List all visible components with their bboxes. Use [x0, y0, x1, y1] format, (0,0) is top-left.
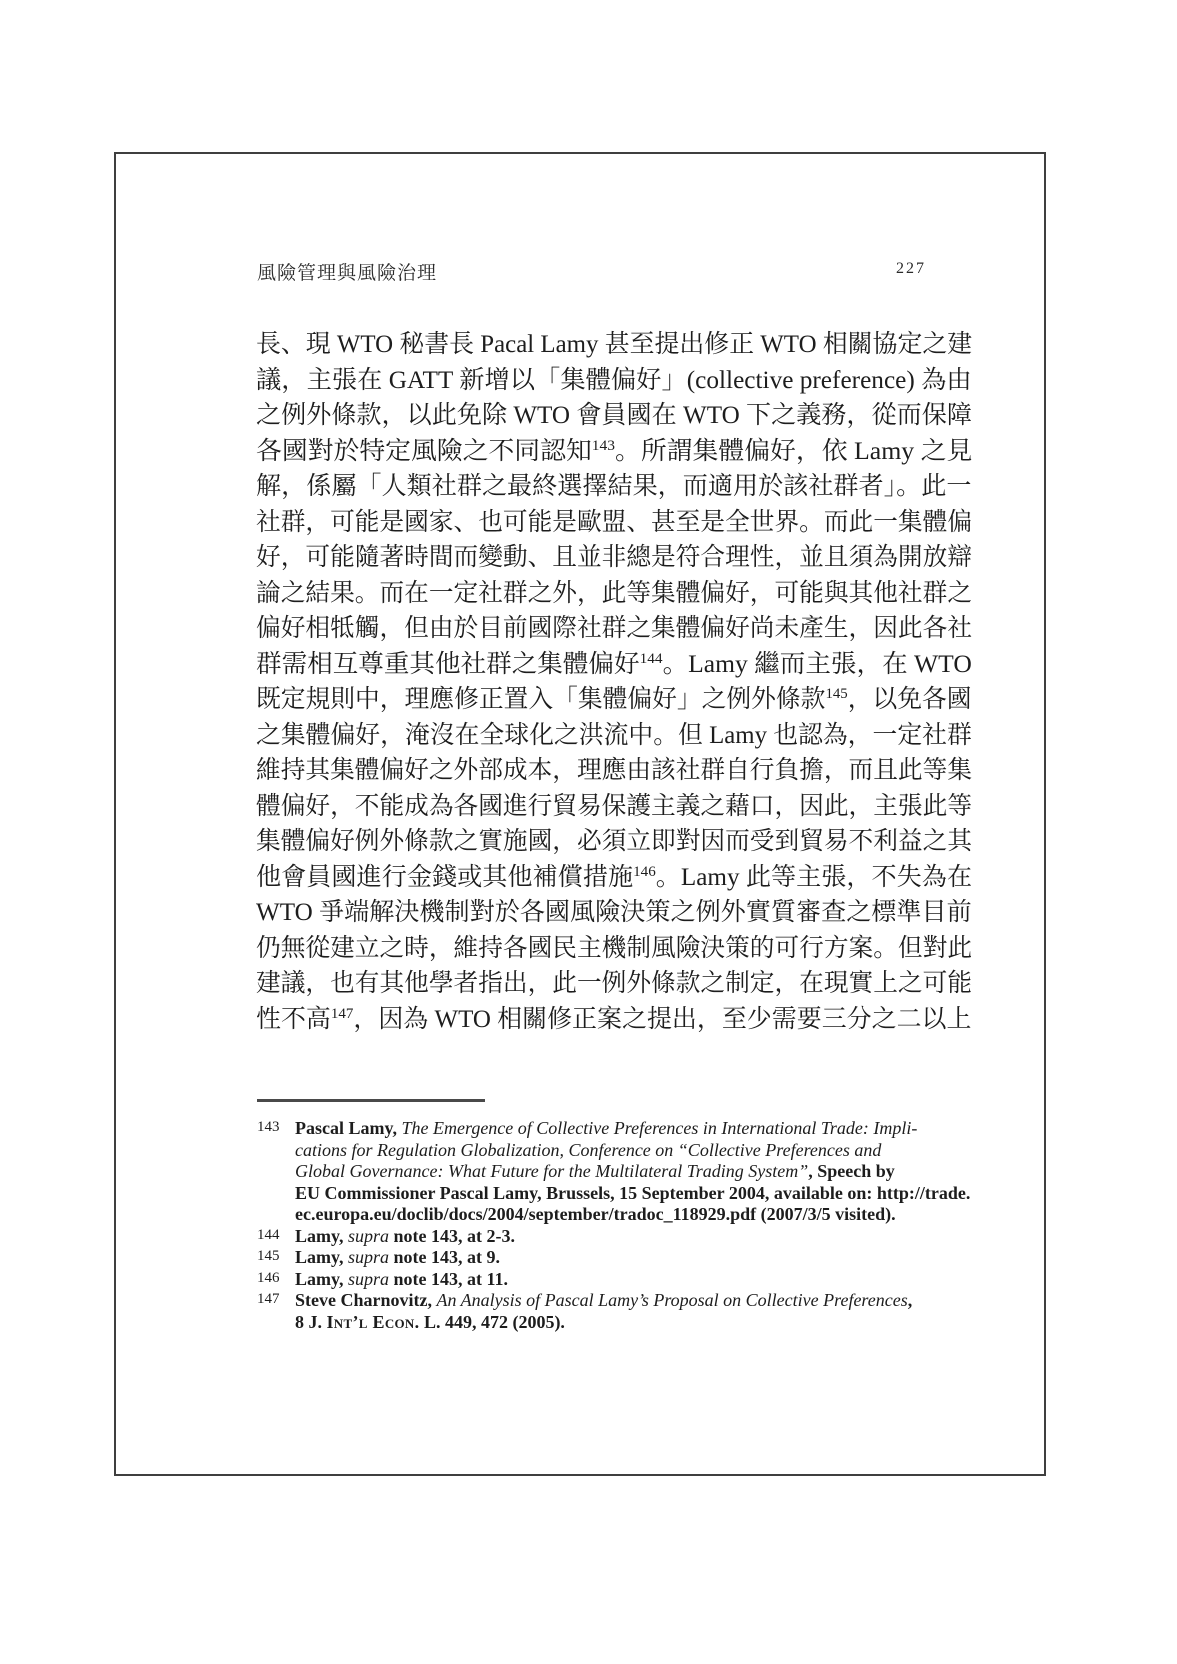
footnote-line: ec.europa.eu/doclib/docs/2004/september/… — [295, 1204, 970, 1226]
footnote-ref: 146 — [633, 864, 656, 880]
body-line: 他會員國進行金錢或其他補償措施146。Lamy 此等主張，不失為在 — [256, 860, 972, 896]
body-line: 維持其集體偏好之外部成本，理應由該社群自行負擔，而且此等集 — [256, 753, 972, 789]
footnote-line-text: Lamy, supra note 143, at 2-3. — [295, 1226, 515, 1248]
footnote-text: Lamy, supra note 143, at 2-3. — [295, 1226, 919, 1248]
footnote-ref: 147 — [331, 1006, 353, 1022]
body-line-text: 他會員國進行金錢或其他補償措施146。Lamy 此等主張，不失為在 — [256, 860, 972, 896]
body-line-text: WTO 爭端解決機制對於各國風險決策之例外實質審查之標準目前 — [256, 895, 972, 931]
body-line-text: 各國對於特定風險之不同認知143。所謂集體偏好，依 Lamy 之見 — [256, 434, 972, 470]
footnote: 144Lamy, supra note 143, at 2-3. — [257, 1226, 919, 1248]
footnote-line: Global Governance: What Future for the M… — [295, 1161, 970, 1183]
footnote-line-text: Pascal Lamy, The Emergence of Collective… — [295, 1118, 917, 1140]
body-line: 之集體偏好，淹沒在全球化之洪流中。但 Lamy 也認為，一定社群 — [256, 718, 972, 754]
body-line: 好，可能隨著時間而變動、且並非總是符合理性，並且須為開放辯 — [256, 540, 972, 576]
footnote-line-text: Steve Charnovitz, An Analysis of Pascal … — [295, 1290, 912, 1312]
footnote-segment: cations for Regulation Globalization, Co… — [295, 1140, 881, 1160]
body-line-text: 建議，也有其他學者指出，此一例外條款之制定，在現實上之可能 — [256, 966, 972, 1002]
footnote-segment: supra — [348, 1269, 389, 1289]
footnote-line-text: EU Commissioner Pascal Lamy, Brussels, 1… — [295, 1183, 970, 1205]
body-line-text: 既定規則中，理應修正置入「集體偏好」之例外條款145，以免各國 — [256, 682, 972, 718]
footnote-number: 144 — [257, 1225, 295, 1247]
footnote-line: Lamy, supra note 143, at 9. — [295, 1247, 919, 1269]
body-line: 論之結果。而在一定社群之外，此等集體偏好，可能與其他社群之 — [256, 576, 972, 612]
footnote-segment: , — [908, 1290, 913, 1310]
body-line-text: 集體偏好例外條款之實施國，必須立即對因而受到貿易不利益之其 — [256, 824, 972, 860]
body-line: 性不高147，因為 WTO 相關修正案之提出，至少需要三分之二以上 — [256, 1002, 972, 1038]
body-line: 偏好相牴觸，但由於目前國際社群之集體偏好尚未產生，因此各社 — [256, 611, 972, 647]
footnote-segment: EU Commissioner Pascal Lamy, Brussels, 1… — [295, 1183, 970, 1203]
footnote-segment: supra — [348, 1226, 389, 1246]
body-line: WTO 爭端解決機制對於各國風險決策之例外實質審查之標準目前 — [256, 895, 972, 931]
footnote-number: 145 — [257, 1246, 295, 1268]
body-line: 長、現 WTO 秘書長 Pacal Lamy 甚至提出修正 WTO 相關協定之建 — [256, 327, 972, 363]
footnote-line-text: ec.europa.eu/doclib/docs/2004/september/… — [295, 1204, 896, 1226]
footnote-number: 147 — [257, 1289, 295, 1311]
footnote: 143Pascal Lamy, The Emergence of Collect… — [257, 1118, 919, 1226]
body-line-text: 性不高147，因為 WTO 相關修正案之提出，至少需要三分之二以上 — [256, 1002, 972, 1038]
footnote-text: Lamy, supra note 143, at 11. — [295, 1269, 919, 1291]
footnote: 145Lamy, supra note 143, at 9. — [257, 1247, 919, 1269]
document-page: 風險管理與風險治理 227 長、現 WTO 秘書長 Pacal Lamy 甚至提… — [0, 0, 1177, 1664]
body-line-text: 體偏好，不能成為各國進行貿易保護主義之藉口，因此，主張此等 — [256, 789, 972, 825]
body-line-text: 群需相互尊重其他社群之集體偏好144。Lamy 繼而主張，在 WTO — [256, 647, 972, 683]
body-line-text: 好，可能隨著時間而變動、且並非總是符合理性，並且須為開放辯 — [256, 540, 972, 576]
footnote-segment: Int’l Econ. — [327, 1312, 420, 1332]
footnote-line: Steve Charnovitz, An Analysis of Pascal … — [295, 1290, 919, 1312]
body-line-text: 之例外條款，以此免除 WTO 會員國在 WTO 下之義務，從而保障 — [256, 398, 972, 434]
body-line-text: 長、現 WTO 秘書長 Pacal Lamy 甚至提出修正 WTO 相關協定之建 — [256, 327, 972, 363]
footnote-segment: L. 449, 472 (2005). — [419, 1312, 565, 1332]
body-line-text: 論之結果。而在一定社群之外，此等集體偏好，可能與其他社群之 — [256, 576, 972, 612]
footnote-line-text: Global Governance: What Future for the M… — [295, 1161, 895, 1183]
body-line-text: 之集體偏好，淹沒在全球化之洪流中。但 Lamy 也認為，一定社群 — [256, 718, 972, 754]
footnote-segment: , Speech by — [808, 1161, 895, 1181]
footnote-separator — [257, 1099, 485, 1102]
footnote-text: Lamy, supra note 143, at 9. — [295, 1247, 919, 1269]
footnote-ref: 144 — [640, 651, 663, 667]
footnote-segment: note 143, at 2-3. — [389, 1226, 515, 1246]
footnote: 146Lamy, supra note 143, at 11. — [257, 1269, 919, 1291]
body-line: 集體偏好例外條款之實施國，必須立即對因而受到貿易不利益之其 — [256, 824, 972, 860]
footnote-segment: Steve Charnovitz, — [295, 1290, 436, 1310]
footnote-line: Pascal Lamy, The Emergence of Collective… — [295, 1118, 970, 1140]
body-line-text: 解，係屬「人類社群之最終選擇結果，而適用於該社群者」。此一 — [256, 469, 972, 505]
footnote-line: Lamy, supra note 143, at 11. — [295, 1269, 919, 1291]
body-text: 長、現 WTO 秘書長 Pacal Lamy 甚至提出修正 WTO 相關協定之建… — [256, 327, 972, 1037]
footnote-segment: note 143, at 11. — [389, 1269, 508, 1289]
body-line-text: 仍無從建立之時，維持各國民主機制風險決策的可行方案。但對此 — [256, 931, 972, 967]
body-line-text: 議，主張在 GATT 新增以「集體偏好」(collective preferen… — [256, 363, 972, 399]
body-line-text: 偏好相牴觸，但由於目前國際社群之集體偏好尚未產生，因此各社 — [256, 611, 972, 647]
footnote-text: Steve Charnovitz, An Analysis of Pascal … — [295, 1290, 919, 1333]
body-line: 體偏好，不能成為各國進行貿易保護主義之藉口，因此，主張此等 — [256, 789, 972, 825]
body-line: 建議，也有其他學者指出，此一例外條款之制定，在現實上之可能 — [256, 966, 972, 1002]
footnote-line-text: Lamy, supra note 143, at 9. — [295, 1247, 500, 1269]
footnote-number: 143 — [257, 1117, 295, 1139]
body-line: 議，主張在 GATT 新增以「集體偏好」(collective preferen… — [256, 363, 972, 399]
footnote-segment: ec.europa.eu/doclib/docs/2004/september/… — [295, 1204, 896, 1224]
footnote-segment: Lamy, — [295, 1247, 348, 1267]
footnote-segment: The Emergence of Collective Preferences … — [402, 1118, 918, 1138]
body-line-text: 社群，可能是國家、也可能是歐盟、甚至是全世界。而此一集體偏 — [256, 505, 972, 541]
body-line: 解，係屬「人類社群之最終選擇結果，而適用於該社群者」。此一 — [256, 469, 972, 505]
footnote-segment: note 143, at 9. — [389, 1247, 500, 1267]
footnote-line: 8 J. Int’l Econ. L. 449, 472 (2005). — [295, 1312, 919, 1334]
footnotes: 143Pascal Lamy, The Emergence of Collect… — [257, 1118, 919, 1333]
footnote-line-text: cations for Regulation Globalization, Co… — [295, 1140, 881, 1162]
body-line: 之例外條款，以此免除 WTO 會員國在 WTO 下之義務，從而保障 — [256, 398, 972, 434]
body-line: 既定規則中，理應修正置入「集體偏好」之例外條款145，以免各國 — [256, 682, 972, 718]
footnote-text: Pascal Lamy, The Emergence of Collective… — [295, 1118, 970, 1226]
footnote-ref: 145 — [825, 686, 847, 702]
footnote-line: cations for Regulation Globalization, Co… — [295, 1140, 970, 1162]
running-header-title: 風險管理與風險治理 — [257, 258, 437, 285]
footnote-line-text: Lamy, supra note 143, at 11. — [295, 1269, 508, 1291]
footnote-segment: Lamy, — [295, 1269, 348, 1289]
footnote-segment: An Analysis of Pascal Lamy’s Proposal on… — [436, 1290, 907, 1310]
body-line: 社群，可能是國家、也可能是歐盟、甚至是全世界。而此一集體偏 — [256, 505, 972, 541]
body-line-text: 維持其集體偏好之外部成本，理應由該社群自行負擔，而且此等集 — [256, 753, 972, 789]
footnote-segment: Pascal Lamy, — [295, 1118, 402, 1138]
footnote-ref: 143 — [592, 438, 615, 454]
body-line: 群需相互尊重其他社群之集體偏好144。Lamy 繼而主張，在 WTO — [256, 647, 972, 683]
footnote-line: EU Commissioner Pascal Lamy, Brussels, 1… — [295, 1183, 970, 1205]
footnote: 147Steve Charnovitz, An Analysis of Pasc… — [257, 1290, 919, 1333]
footnote-segment: Lamy, — [295, 1226, 348, 1246]
body-line: 仍無從建立之時，維持各國民主機制風險決策的可行方案。但對此 — [256, 931, 972, 967]
body-line: 各國對於特定風險之不同認知143。所謂集體偏好，依 Lamy 之見 — [256, 434, 972, 470]
footnote-segment: Global Governance: What Future for the M… — [295, 1161, 808, 1181]
page-number: 227 — [896, 260, 926, 278]
footnote-segment: 8 J. — [295, 1312, 327, 1332]
footnote-number: 146 — [257, 1268, 295, 1290]
footnote-line-text: 8 J. Int’l Econ. L. 449, 472 (2005). — [295, 1312, 565, 1334]
footnote-line: Lamy, supra note 143, at 2-3. — [295, 1226, 919, 1248]
footnote-segment: supra — [348, 1247, 389, 1267]
